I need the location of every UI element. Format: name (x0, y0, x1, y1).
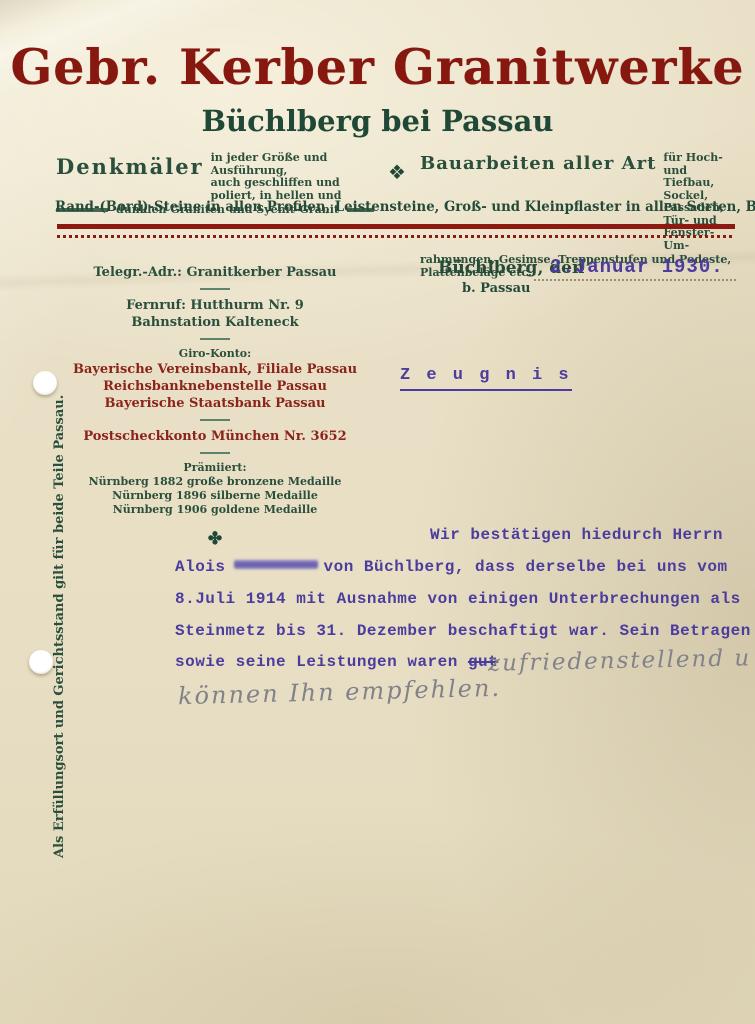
redacted-surname (234, 560, 318, 569)
small-divider (200, 419, 230, 421)
services-right-line1: für Hoch- und Tiefbau, Sockel, (663, 151, 722, 202)
dateline-sub: b. Passau (462, 281, 531, 296)
bank-line: Bayerische Vereinsbank, Filiale Passau (50, 361, 380, 378)
bank-line: Bayerische Staatsbank Passau (50, 395, 380, 412)
body-line-4: Steinmetz bis 31. Dezember beschaftigt w… (175, 622, 751, 640)
products-line: Rand-(Bord)-Steine in allen Profilen, Le… (55, 199, 729, 215)
body-line-2-pre: Alois (175, 558, 226, 576)
body-line-5-typed: sowie seine Leistungen waren (175, 653, 458, 671)
dateline: Büchlberg, den 2.Januar 1930. b. Passau (438, 258, 738, 278)
handwritten-correction: zufriedenstellend u (488, 645, 752, 677)
body-line-3: 8.Juli 1914 mit Ausnahme von einigen Unt… (175, 590, 741, 608)
body-line-2-post: von Büchlberg, dass derselbe bei uns vom (324, 558, 728, 576)
document-heading: Z e u g n i s (400, 366, 572, 391)
company-location: Büchlberg bei Passau (0, 104, 755, 138)
postal-account-line: Postscheckkonto München Nr. 3652 (50, 428, 380, 445)
body-line-1: Wir bestätigen hiedurch Herrn (430, 526, 723, 544)
station-line: Bahnstation Kalteneck (50, 314, 380, 331)
award-line: Nürnberg 1906 goldene Medaille (50, 503, 380, 517)
punch-hole-bottom (29, 650, 53, 674)
services-right-lead: Bauarbeiten aller Art (420, 153, 656, 174)
services-left-lead: Denkmäler (56, 154, 204, 179)
small-divider (200, 452, 230, 454)
services-monuments: Denkmäler in jeder Größe und Ausführung,… (56, 152, 374, 279)
small-divider (200, 338, 230, 340)
award-line: Nürnberg 1896 silberne Medaille (50, 489, 380, 503)
dateline-dotted-rule (534, 279, 736, 281)
handwritten-line: können Ihn empfehlen. (178, 674, 502, 710)
services-left-line2: auch geschliffen und poliert, in hellen … (211, 176, 342, 202)
contact-column: Telegr.-Adr.: Granitkerber Passau Fernru… (50, 264, 380, 549)
phone-line: Fernruf: Hutthurm Nr. 9 (50, 297, 380, 314)
body-line-5: sowie seine Leistungen waren gut (175, 653, 498, 671)
header-divider-rule (57, 224, 735, 240)
legal-note-vertical: Als Erfüllungsort und Gerichtsstand gilt… (52, 395, 67, 858)
diamond-ornament-icon: ❖ (374, 152, 420, 279)
giro-heading: Giro-Konto: (50, 347, 380, 361)
body-line-2: Aloisvon Büchlberg, dass derselbe bei un… (175, 558, 728, 576)
clover-ornament-icon: ✤ (50, 529, 380, 549)
awards-heading: Prämiiert: (50, 461, 380, 475)
award-line: Nürnberg 1882 große bronzene Medaille (50, 475, 380, 489)
telegram-address: Telegr.-Adr.: Granitkerber Passau (50, 264, 380, 281)
company-name: Gebr. Kerber Granitwerke (0, 38, 755, 96)
small-divider (200, 288, 230, 290)
scanned-letter-page: Gebr. Kerber Granitwerke Büchlberg bei P… (0, 0, 755, 1024)
services-left-line1: in jeder Größe und Ausführung, (211, 151, 328, 177)
dateline-typed-date: 2.Januar 1930. (550, 256, 724, 278)
bank-line: Reichsbanknebenstelle Passau (50, 378, 380, 395)
